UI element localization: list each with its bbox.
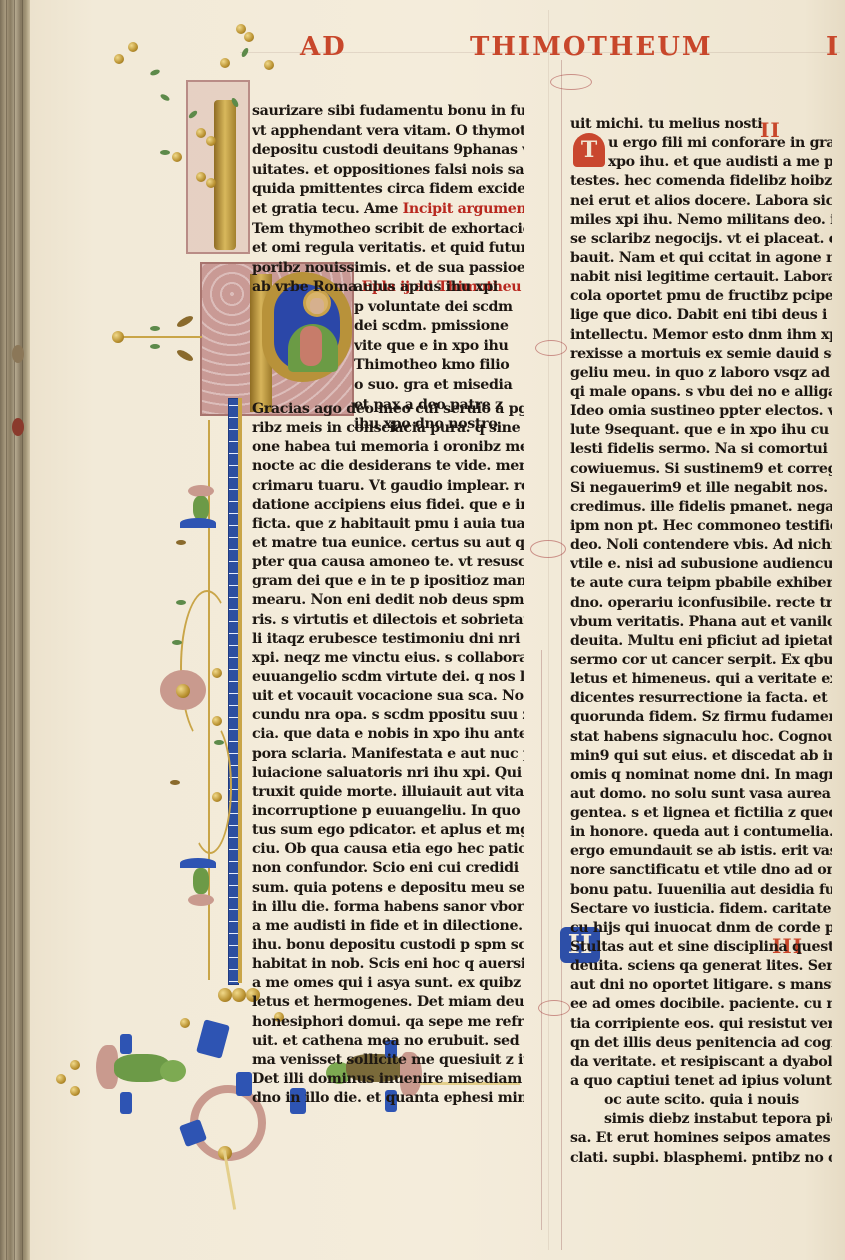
text-line: honesiphori domui. qa sepe me refrigera bbox=[252, 1013, 524, 1032]
vine-scroll bbox=[188, 720, 232, 854]
text-line: vite que e in xpo ihu bbox=[354, 337, 524, 357]
green-pod-icon bbox=[193, 496, 209, 520]
leaf-icon bbox=[150, 344, 160, 349]
text-line: uit michi. tu melius nosti bbox=[570, 115, 832, 134]
text-line: Det illi dominus inuenire misediam a bbox=[252, 1070, 524, 1089]
text-line: ipm non pt. Hec commoneo testificans cor… bbox=[570, 517, 832, 536]
gold-berry-icon bbox=[114, 54, 124, 64]
text-line: in illu die. forma habens sanor vbor. q bbox=[252, 898, 524, 917]
text-line: cu hijs qui inuocat dnm de corde puro. bbox=[570, 919, 832, 938]
text-line: vt apphendant vera vitam. O thymothee bbox=[252, 122, 524, 142]
text-line: u ergo fili mi conforare in gra. que e i bbox=[570, 134, 832, 153]
leaf-icon bbox=[176, 600, 186, 605]
text-line: deo. Noli contendere vbis. Ad nichil eni bbox=[570, 536, 832, 555]
text-line: et gratia tecu. Ame Incipit argumentu bbox=[252, 200, 524, 220]
text-line: truxit quide morte. illuiauit aut vita e… bbox=[252, 783, 524, 802]
text-line: Stultas aut et sine disciplina questioes bbox=[570, 938, 832, 957]
gold-bud-icon bbox=[112, 331, 124, 343]
text-line: depositu custodi deuitans 9phanas voci n… bbox=[252, 141, 524, 161]
blue-ribbon-icon bbox=[120, 1092, 132, 1114]
text-line: gram dei que e in te p ipositioz manuu bbox=[252, 572, 524, 591]
text-line: ribz meis in consciacia pura. q sine int… bbox=[252, 419, 524, 438]
blue-calyx-icon bbox=[180, 518, 216, 528]
text-line: tia corripiente eos. qui resistut verita… bbox=[570, 1015, 832, 1034]
gold-tendril bbox=[112, 336, 202, 338]
book-binding-gutter bbox=[0, 0, 30, 1260]
text-line: credimus. ille fidelis pmanet. negare se bbox=[570, 498, 832, 517]
text-line: cola oportet pmu de fructibz pcipere. In… bbox=[570, 287, 832, 306]
text-line: deuita. sciens qa generat lites. Seruu bbox=[570, 957, 832, 976]
text-line: stat habens signaculu hoc. Cognouit do bbox=[570, 728, 832, 747]
text-line: gentea. s et lignea et fictilia z queda … bbox=[570, 804, 832, 823]
text-span: et gratia tecu. Ame bbox=[252, 201, 398, 217]
text-line: et matre tua eunice. certus su aut q z i… bbox=[252, 534, 524, 553]
text-line: tus sum ego pdicator. et aplus et mgr ge… bbox=[252, 821, 524, 840]
running-header-right: I bbox=[826, 32, 840, 62]
leaf-icon bbox=[150, 326, 160, 331]
text-line: quorunda fidem. Sz firmu fudamentu dei bbox=[570, 708, 832, 727]
gold-boss-icon bbox=[232, 988, 246, 1002]
penwork-flourish bbox=[535, 340, 567, 356]
text-line: da veritate. et resipiscant a dyaboli la… bbox=[570, 1053, 832, 1072]
text-line: ma venisset sollicite me quesiuit z iuen… bbox=[252, 1051, 524, 1070]
text-line: xpo ihu. et que audisti a me p multos bbox=[570, 153, 832, 172]
leaf-icon bbox=[214, 740, 224, 745]
text-line: bonu patu. Iuuenilia aut desidia fuge bbox=[570, 881, 832, 900]
text-line: vbum veritatis. Phana aut et vaniloqa bbox=[570, 613, 832, 632]
text-line: p voluntate dei scdm bbox=[354, 298, 524, 318]
saint-paul-face bbox=[310, 298, 324, 314]
text-line: ficta. que z habitauit pmu i auia tua lo… bbox=[252, 515, 524, 534]
text-line: one habea tui memoria i oronibz meis. bbox=[252, 438, 524, 457]
text-line: clati. supbi. blasphemi. pntibz no obedi… bbox=[570, 1149, 832, 1168]
leaf-icon bbox=[172, 640, 182, 645]
text-line: dno. operariu iconfusibile. recte tracta… bbox=[570, 594, 832, 613]
gold-leaf-icon bbox=[176, 540, 186, 545]
text-line: dei scdm. pmissione bbox=[354, 317, 524, 337]
gold-boss-icon bbox=[176, 684, 190, 698]
gold-berry-icon bbox=[70, 1060, 80, 1070]
gutter-line bbox=[22, 0, 23, 1260]
text-line: se sclaribz negocijs. vt ei placeat. cui… bbox=[570, 230, 832, 249]
text-line: Gracias ago deo meo cui seruio a pgenito bbox=[252, 400, 524, 419]
text-line: uit. et cathena mea no erubuit. sed cu r… bbox=[252, 1032, 524, 1051]
text-line: geliu meu. in quo z laboro vsqz ad vincl… bbox=[570, 364, 832, 383]
text-line: in honore. queda aut i contumelia. Si qu… bbox=[570, 823, 832, 842]
blue-ribbon-icon bbox=[120, 1034, 132, 1054]
text-line: ciu. Ob qua causa etia ego hec patior. s bbox=[252, 840, 524, 859]
text-line: pter qua causa amoneo te. vt resuscites bbox=[252, 553, 524, 572]
gold-berry-icon bbox=[212, 716, 222, 726]
gutter-line bbox=[14, 0, 15, 1260]
text-line: sermo cor ut cancer serpit. Ex qbus e ph… bbox=[570, 651, 832, 670]
gold-berry-icon bbox=[206, 178, 216, 188]
text-line: nabit nisi legitime certauit. Laborante … bbox=[570, 268, 832, 287]
penwork-flourish bbox=[530, 540, 566, 558]
text-line: letus et himeneus. qui a veritate excide… bbox=[570, 670, 832, 689]
border-bar-gold bbox=[238, 398, 242, 983]
text-line: Thimotheo kmo filio bbox=[354, 356, 524, 376]
text-line: ihu. bonu depositu custodi p spm scm qui bbox=[252, 936, 524, 955]
text-line: Si negauerim9 et ille negabit nos. Si no bbox=[570, 479, 832, 498]
text-line: te aute cura teipm pbabile exhibere xpo bbox=[570, 574, 832, 593]
blue-calyx-icon bbox=[180, 858, 216, 868]
text-line: quida pmittentes circa fidem excidert gl… bbox=[252, 180, 524, 200]
text-line: non confundor. Scio eni cui credidi et c… bbox=[252, 859, 524, 878]
gold-boss-icon bbox=[218, 988, 232, 1002]
binding-tab-red bbox=[12, 418, 24, 436]
gold-leaf-icon bbox=[170, 780, 180, 785]
text-line: intellectu. Memor esto dnm ihm xpm resur bbox=[570, 326, 832, 345]
text-line: nei erut et alios docere. Labora sicut b… bbox=[570, 192, 832, 211]
gold-letter-stem bbox=[214, 100, 236, 250]
gold-berry-icon bbox=[212, 792, 222, 802]
text-line: rexisse a mortuis ex semie dauid scdm eu… bbox=[570, 345, 832, 364]
text-line: omis q nominat nome dni. In magna bbox=[570, 766, 832, 785]
left-column-body: Gracias ago deo meo cui seruio a pgenito… bbox=[252, 400, 524, 1108]
text-line: incorruptione p euuangeliu. In quo posi bbox=[252, 802, 524, 821]
text-line: cia. que data e nobis in xpo ihu ante te bbox=[252, 725, 524, 744]
text-line: ee ad omes docibile. paciente. cu modes bbox=[570, 995, 832, 1014]
text-line: aulus aplus ihu xpi bbox=[354, 278, 524, 298]
text-line: pora sclaria. Manifestata e aut nuc p il bbox=[252, 745, 524, 764]
text-line: deuita. Multu eni pficiut ad ipietate. e… bbox=[570, 632, 832, 651]
text-line: letus et hermogenes. Det miam deus bbox=[252, 993, 524, 1012]
binding-tab bbox=[12, 345, 24, 363]
text-line: dno in illo die. et quanta ephesi minist… bbox=[252, 1089, 524, 1108]
text-line: et omi regula veritatis. et quid futuru … bbox=[252, 239, 524, 259]
text-line: crimaru tuaru. Vt gaudio implear. recor bbox=[252, 477, 524, 496]
green-quatrefoil-icon bbox=[160, 1060, 186, 1082]
saint-paul-tunic bbox=[300, 326, 322, 366]
text-line: poribz nouissimis. et de sua passioe scr… bbox=[252, 259, 524, 279]
text-line: uitates. et oppositiones falsi nois sac.… bbox=[252, 161, 524, 181]
gutter-line bbox=[6, 0, 7, 1260]
penwork-flourish bbox=[538, 1000, 570, 1016]
text-line: lesti fidelis sermo. Na si comortui sum9… bbox=[570, 440, 832, 459]
gold-berry-icon bbox=[128, 42, 138, 52]
text-line: lute 9sequant. que e in xpo ihu cu glia … bbox=[570, 421, 832, 440]
text-line: Tem thymotheo scribit de exhortacioe mrt… bbox=[252, 220, 524, 240]
text-line: miles xpi ihu. Nemo militans deo. iplica… bbox=[570, 211, 832, 230]
penwork-margin-line bbox=[561, 60, 562, 1250]
text-line: cundu nra opa. s scdm ppositu suu z gra bbox=[252, 706, 524, 725]
rubric-incipit: Incipit argumentu bbox=[403, 201, 524, 217]
text-line: aut dni no oportet litigare. s mansuetu bbox=[570, 976, 832, 995]
running-header-center: THIMOTHEUM bbox=[470, 32, 713, 62]
text-line: dicentes resurrectione ia facta. et subu… bbox=[570, 689, 832, 708]
text-line: nocte ac die desiderans te vide. memor l… bbox=[252, 457, 524, 476]
text-line: euuangelio scdm virtute dei. q nos liber… bbox=[252, 668, 524, 687]
ruling-line-vertical bbox=[548, 10, 549, 1250]
text-line: bauit. Nam et qui ccitat in agone no cor… bbox=[570, 249, 832, 268]
gold-berry-icon bbox=[206, 136, 216, 146]
text-line: lige que dico. Dabit eni tibi deus i omi… bbox=[570, 306, 832, 325]
text-line: mearu. Non eni dedit nob deus spm timo bbox=[252, 591, 524, 610]
penwork-margin-line bbox=[541, 650, 542, 1230]
pink-flower-icon bbox=[188, 894, 214, 906]
running-header-numeral: I bbox=[826, 32, 840, 62]
gold-berry-icon bbox=[172, 152, 182, 162]
gold-berry-icon bbox=[196, 172, 206, 182]
text-line: min9 qui sut eius. et discedat ab iniqta… bbox=[570, 747, 832, 766]
text-line: oc aute scito. quia i nouis bbox=[570, 1091, 832, 1110]
text-line: nore sanctificatu et vtile dno ad omne o… bbox=[570, 861, 832, 880]
left-column-text: saurizare sibi fudamentu bonu in futuru … bbox=[252, 102, 524, 298]
text-line: qi male opans. s vbu dei no e alligatu bbox=[570, 383, 832, 402]
gold-berry-icon bbox=[56, 1074, 66, 1084]
text-line: li itaqz erubesce testimoniu dni nri ihu bbox=[252, 630, 524, 649]
gold-berry-icon bbox=[70, 1086, 80, 1096]
text-line: xpi. neqz me vinctu eius. s collabora in bbox=[252, 649, 524, 668]
text-line: ris. s virtutis et dilectois et sobrieta… bbox=[252, 611, 524, 630]
right-column-text: uit michi. tu melius nosti u ergo fili m… bbox=[570, 115, 832, 1168]
text-line: sum. quia potens e depositu meu seruare bbox=[252, 879, 524, 898]
text-line: Ideo omia sustineo ppter electos. vt z i… bbox=[570, 402, 832, 421]
text-line: testes. hec comenda fidelibz hoibz. qui … bbox=[570, 172, 832, 191]
text-line: ergo emundauit se ab istis. erit vas in … bbox=[570, 842, 832, 861]
text-line: Sectare vo iusticia. fidem. caritate. pa… bbox=[570, 900, 832, 919]
green-pod-icon bbox=[193, 868, 209, 894]
text-line: aut domo. no solu sunt vasa aurea etar bbox=[570, 785, 832, 804]
running-header: AD bbox=[300, 32, 347, 62]
gold-berry-icon bbox=[212, 668, 222, 678]
gold-berry-icon bbox=[264, 60, 274, 70]
text-line: datione accipiens eius fidei. que e in t… bbox=[252, 496, 524, 515]
text-line: o suo. gra et misedia bbox=[354, 376, 524, 396]
text-line: cowiuemus. Si sustinem9 et corregnabim9 bbox=[570, 460, 832, 479]
text-line: uit et vocauit vocacione sua sca. Non se bbox=[252, 687, 524, 706]
gold-berry-icon bbox=[220, 58, 230, 68]
text-line: a me audisti in fide et in dilectione. i… bbox=[252, 917, 524, 936]
penwork-flourish bbox=[550, 74, 592, 90]
text-line: sa. Et erut homines seipos amates cupidi bbox=[570, 1129, 832, 1148]
text-line: vtile e. nisi ad subusione audiencu. Sol… bbox=[570, 555, 832, 574]
text-line: habitat in nob. Scis eni hoc q auersi su… bbox=[252, 955, 524, 974]
text-line: qn det illis deus penitencia ad cognosce bbox=[570, 1034, 832, 1053]
gold-trefoil-icon bbox=[180, 1018, 190, 1028]
leaf-icon bbox=[160, 150, 170, 155]
running-header-left: AD bbox=[300, 32, 347, 62]
text-line: a quo captiui tenet ad ipius voluntatem bbox=[570, 1072, 832, 1091]
text-line: simis diebz instabut tepora piculo bbox=[570, 1110, 832, 1129]
text-span: ab vrbe Roma bbox=[252, 279, 357, 295]
blue-ribbon-icon bbox=[236, 1072, 252, 1096]
gold-berry-icon bbox=[244, 32, 254, 42]
text-line: luiacione saluatoris nri ihu xpi. Qui de… bbox=[252, 764, 524, 783]
text-line: saurizare sibi fudamentu bonu in futuru bbox=[252, 102, 524, 122]
text-line: a me omes qui i asya sunt. ex quibz e ph… bbox=[252, 974, 524, 993]
gold-berry-icon bbox=[196, 128, 206, 138]
running-header-title: THIMOTHEUM bbox=[470, 32, 713, 62]
